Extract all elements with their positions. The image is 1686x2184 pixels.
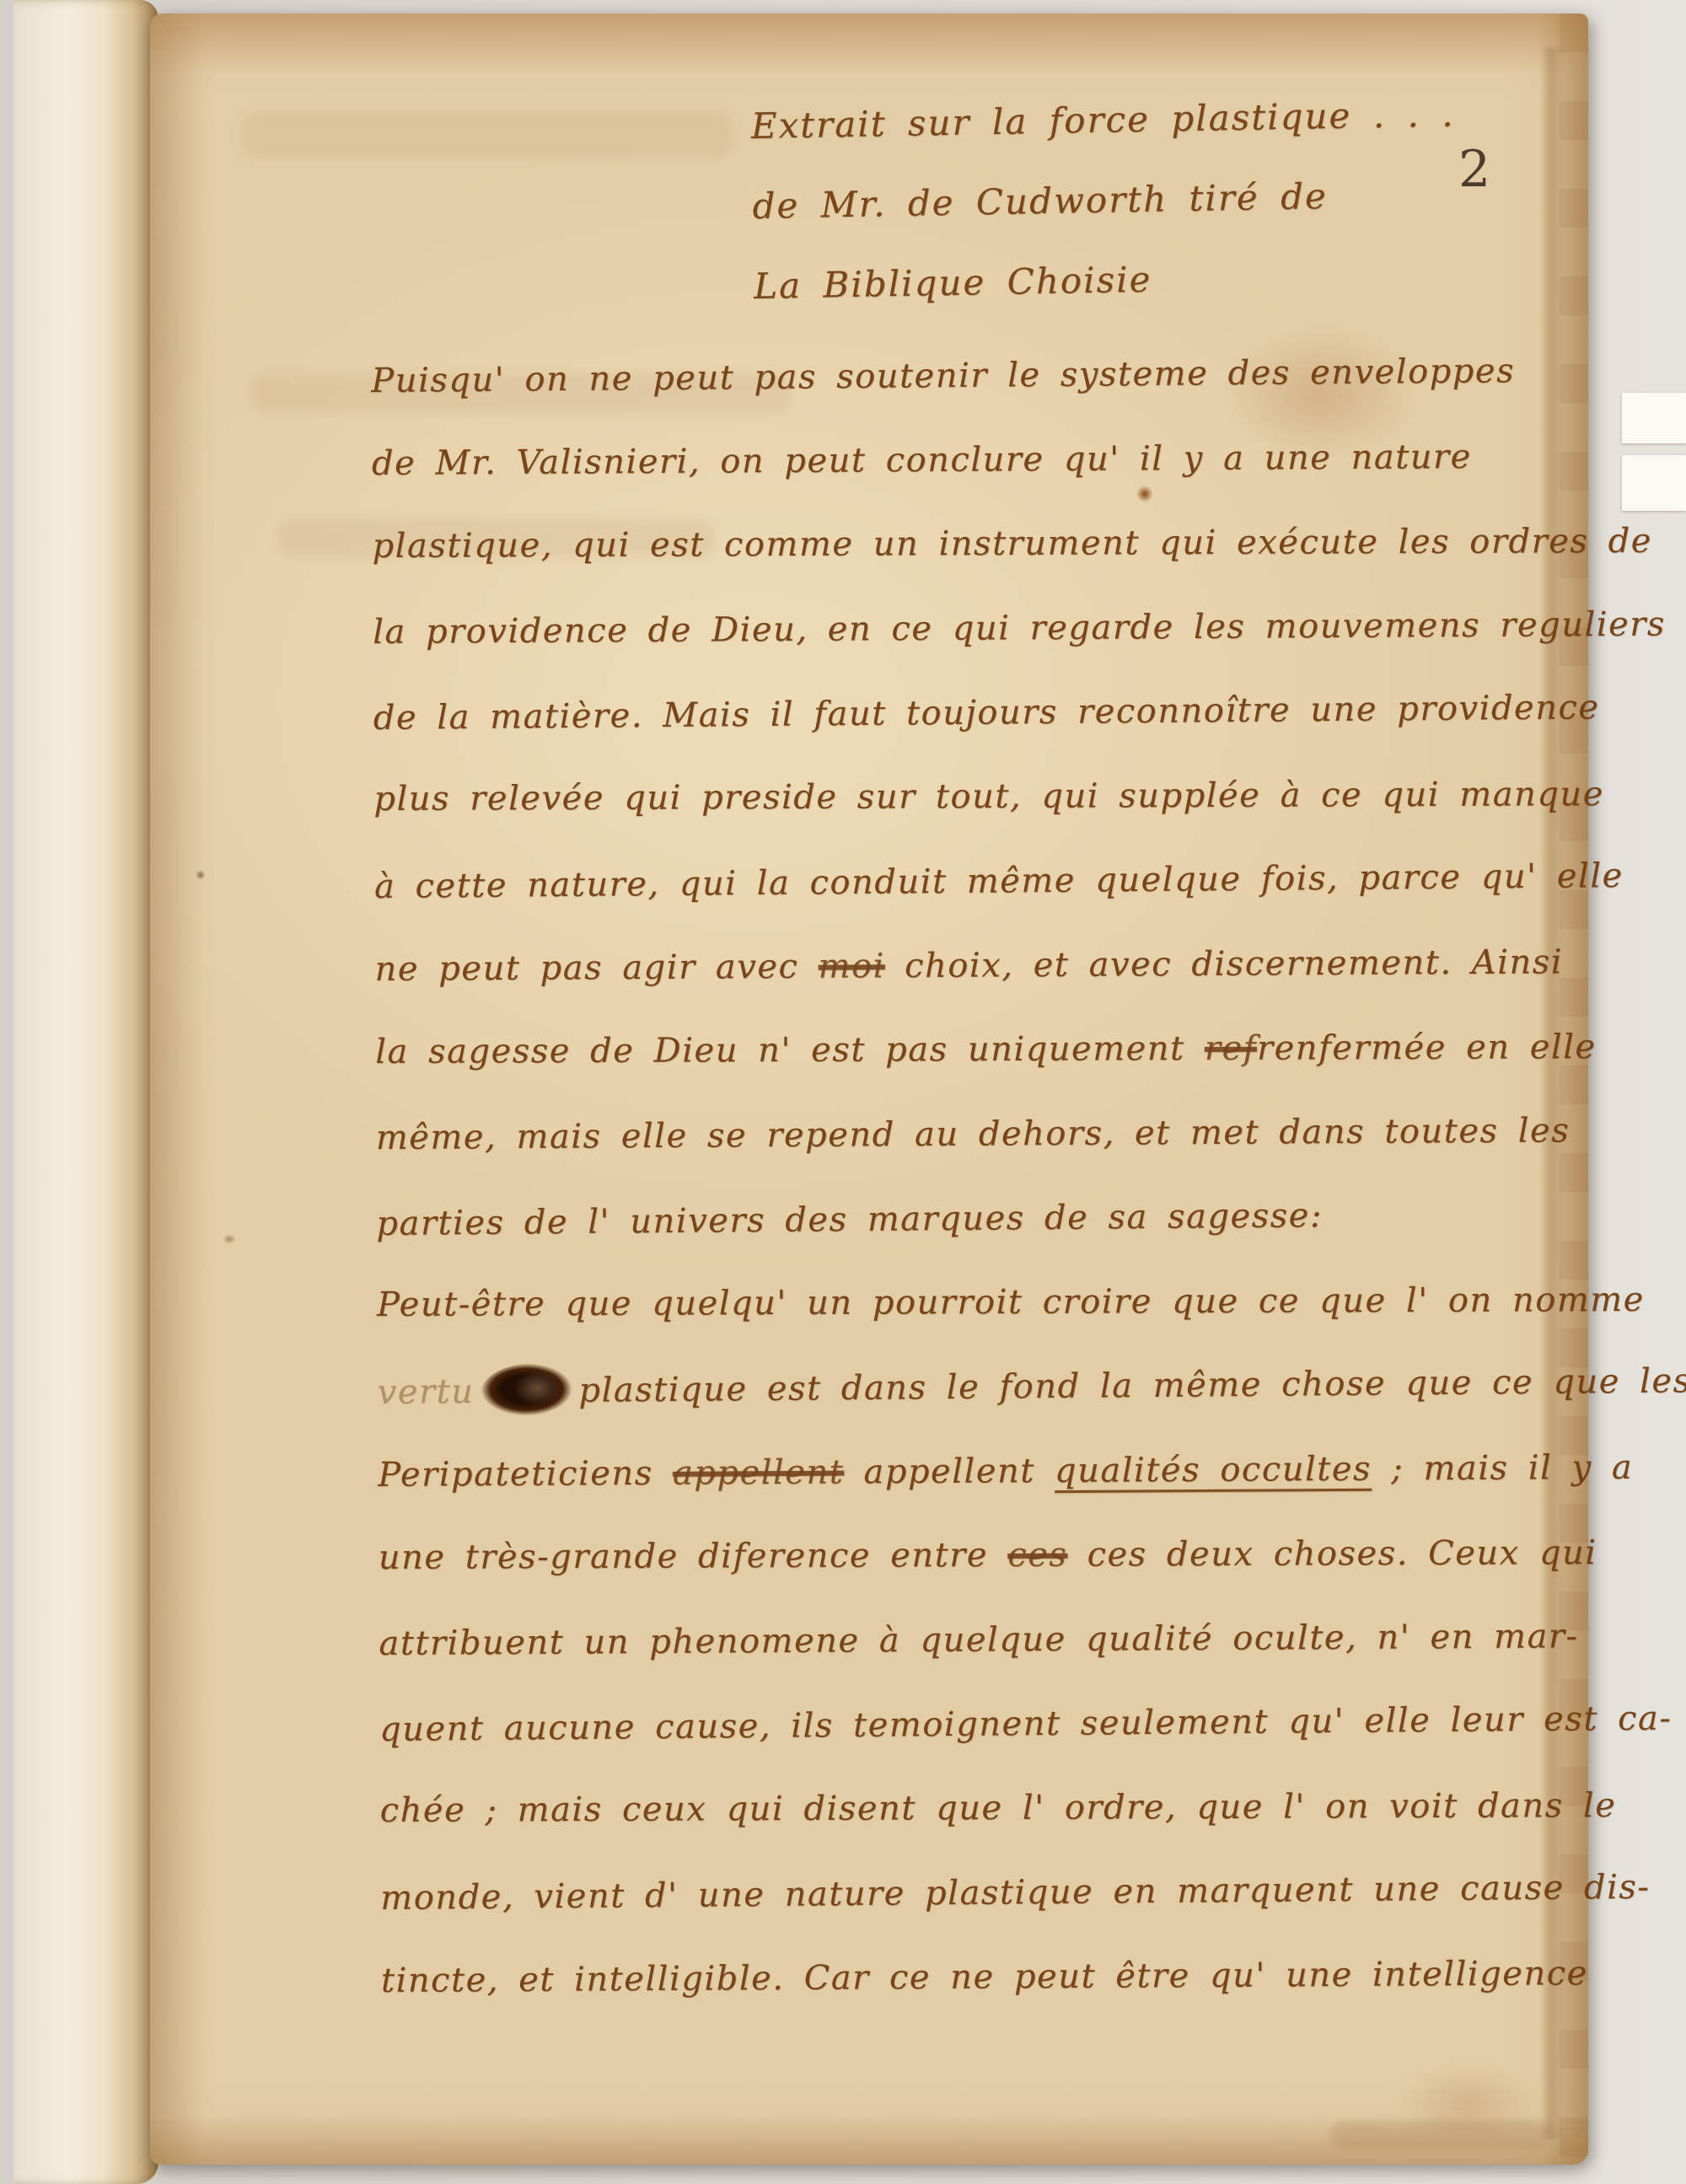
manuscript-line: Peut-être que quelqu' un pourroit croire… bbox=[377, 1258, 1557, 1347]
manuscript-line: une très-grande diference entre ces ces … bbox=[379, 1511, 1559, 1600]
manuscript-text: chée ; mais ceux qui disent que l' ordre… bbox=[380, 1786, 1617, 1830]
manuscript-page: 2 Extrait sur la force plastique . . . d… bbox=[150, 13, 1588, 2165]
manuscript-line: ne peut pas agir avec moi choix, et avec… bbox=[374, 920, 1555, 1012]
manuscript-line: plastique, qui est comme un instrument q… bbox=[372, 499, 1552, 588]
heading-line: Extrait sur la force plastique . . . bbox=[750, 73, 1455, 166]
manuscript-text: choix, et avec discernement. Ainsi bbox=[885, 942, 1563, 985]
manuscript-text: la providence de Dieu, en ce qui regarde… bbox=[373, 605, 1666, 652]
ink-bleedthrough bbox=[243, 113, 732, 157]
manuscript-text: appellent bbox=[673, 1453, 845, 1493]
manuscript-line: parties de l' univers des marques de sa … bbox=[376, 1172, 1557, 1266]
manuscript-text: de la matière. Mais il faut toujours rec… bbox=[373, 688, 1600, 738]
manuscript-text: Peut-être que quelqu' un pourroit croire… bbox=[377, 1280, 1645, 1324]
manuscript-text: de Mr. Valisnieri, on peut conclure qu' … bbox=[372, 437, 1472, 483]
manuscript-line: Peripateticiens appellent appellent qual… bbox=[378, 1425, 1559, 1517]
manuscript-text: moi bbox=[818, 947, 885, 985]
manuscript-text: qualités occultes bbox=[1055, 1450, 1372, 1490]
manuscript-text: ces bbox=[1007, 1536, 1067, 1575]
manuscript-text: Puisqu' on ne peut pas soutenir le syste… bbox=[371, 351, 1515, 400]
manuscript-line: attribuent un phenomene à quelque qualit… bbox=[379, 1594, 1560, 1686]
photo-of-manuscript: { "photo": { "backdrop_color": "#d9d5cd"… bbox=[0, 0, 1686, 2184]
manuscript-line: de la matière. Mais il faut toujours rec… bbox=[373, 666, 1554, 760]
manuscript-text: renfermée en elle bbox=[1257, 1028, 1597, 1068]
stain bbox=[223, 1234, 236, 1244]
manuscript-text: ; mais il y a bbox=[1372, 1448, 1633, 1489]
manuscript-text: plastique est dans le fond la même chose… bbox=[578, 1361, 1686, 1410]
manuscript-text: appellent bbox=[844, 1452, 1055, 1492]
manuscript-text: une très-grande diference entre bbox=[379, 1536, 1008, 1577]
ink-bleedthrough bbox=[1330, 2121, 1549, 2149]
manuscript-line: monde, vient d' une nature plastique en … bbox=[380, 1846, 1561, 1940]
manuscript-text: plastique, qui est comme un instrument q… bbox=[372, 522, 1652, 566]
manuscript-line: Puisqu' on ne peut pas soutenir le syste… bbox=[371, 329, 1552, 423]
manuscript-line: la sagesse de Dieu n' est pas uniquement… bbox=[375, 1005, 1555, 1094]
manuscript-text: même, mais elle se repend au dehors, et … bbox=[376, 1111, 1571, 1157]
manuscript-line: vertuplastique est dans le fond la même … bbox=[377, 1340, 1558, 1435]
manuscript-text: ref bbox=[1205, 1029, 1257, 1068]
manuscript-line: la providence de Dieu, en ce qui regarde… bbox=[373, 582, 1554, 674]
manuscript-line: tincte, et intelligible. Car ce ne peut … bbox=[381, 1931, 1562, 2023]
ink-blot bbox=[481, 1363, 572, 1416]
manuscript-line: chée ; mais ceux qui disent que l' ordre… bbox=[379, 1763, 1560, 1853]
stain bbox=[196, 870, 206, 880]
manuscript-text: monde, vient d' une nature plastique en … bbox=[380, 1868, 1650, 1918]
paper-tab bbox=[1622, 455, 1686, 511]
manuscript-line: de Mr. Valisnieri, on peut conclure qu' … bbox=[372, 414, 1553, 506]
page-number: 2 bbox=[1458, 140, 1490, 199]
manuscript-text: quent aucune cause, ils temoignent seule… bbox=[379, 1699, 1673, 1749]
manuscript-heading: Extrait sur la force plastique . . . de … bbox=[750, 73, 1458, 326]
heading-line: de Mr. de Cudworth tiré de bbox=[752, 153, 1457, 246]
paper-tab bbox=[1622, 393, 1686, 443]
heading-line: La Biblique Choisie bbox=[753, 233, 1458, 326]
manuscript-text: ne peut pas agir avec bbox=[374, 947, 818, 989]
manuscript-line: plus relevée qui preside sur tout, qui s… bbox=[373, 752, 1554, 841]
manuscript-text: la sagesse de Dieu n' est pas uniquement bbox=[375, 1029, 1205, 1071]
underlying-pages-edge bbox=[13, 0, 158, 2184]
manuscript-text: parties de l' univers des marques de sa … bbox=[376, 1196, 1323, 1243]
manuscript-line: même, mais elle se repend au dehors, et … bbox=[375, 1088, 1556, 1180]
manuscript-line: quent aucune cause, ils temoignent seule… bbox=[379, 1677, 1560, 1772]
manuscript-text: Peripateticiens bbox=[378, 1454, 673, 1494]
deckled-page-edge bbox=[1560, 13, 1588, 2165]
manuscript-text: vertu bbox=[377, 1372, 474, 1412]
manuscript-text: tincte, et intelligible. Car ce ne peut … bbox=[381, 1954, 1588, 2000]
manuscript-text: ces deux choses. Ceux qui bbox=[1067, 1533, 1597, 1575]
manuscript-text: attribuent un phenomene à quelque qualit… bbox=[379, 1617, 1578, 1663]
manuscript-text: à cette nature, qui la conduit même quel… bbox=[374, 856, 1624, 906]
manuscript-line: à cette nature, qui la conduit même quel… bbox=[374, 834, 1555, 929]
manuscript-text: plus relevée qui preside sur tout, qui s… bbox=[373, 775, 1604, 818]
manuscript-body: Puisqu' on ne peut pas soutenir le syste… bbox=[371, 330, 1561, 2023]
